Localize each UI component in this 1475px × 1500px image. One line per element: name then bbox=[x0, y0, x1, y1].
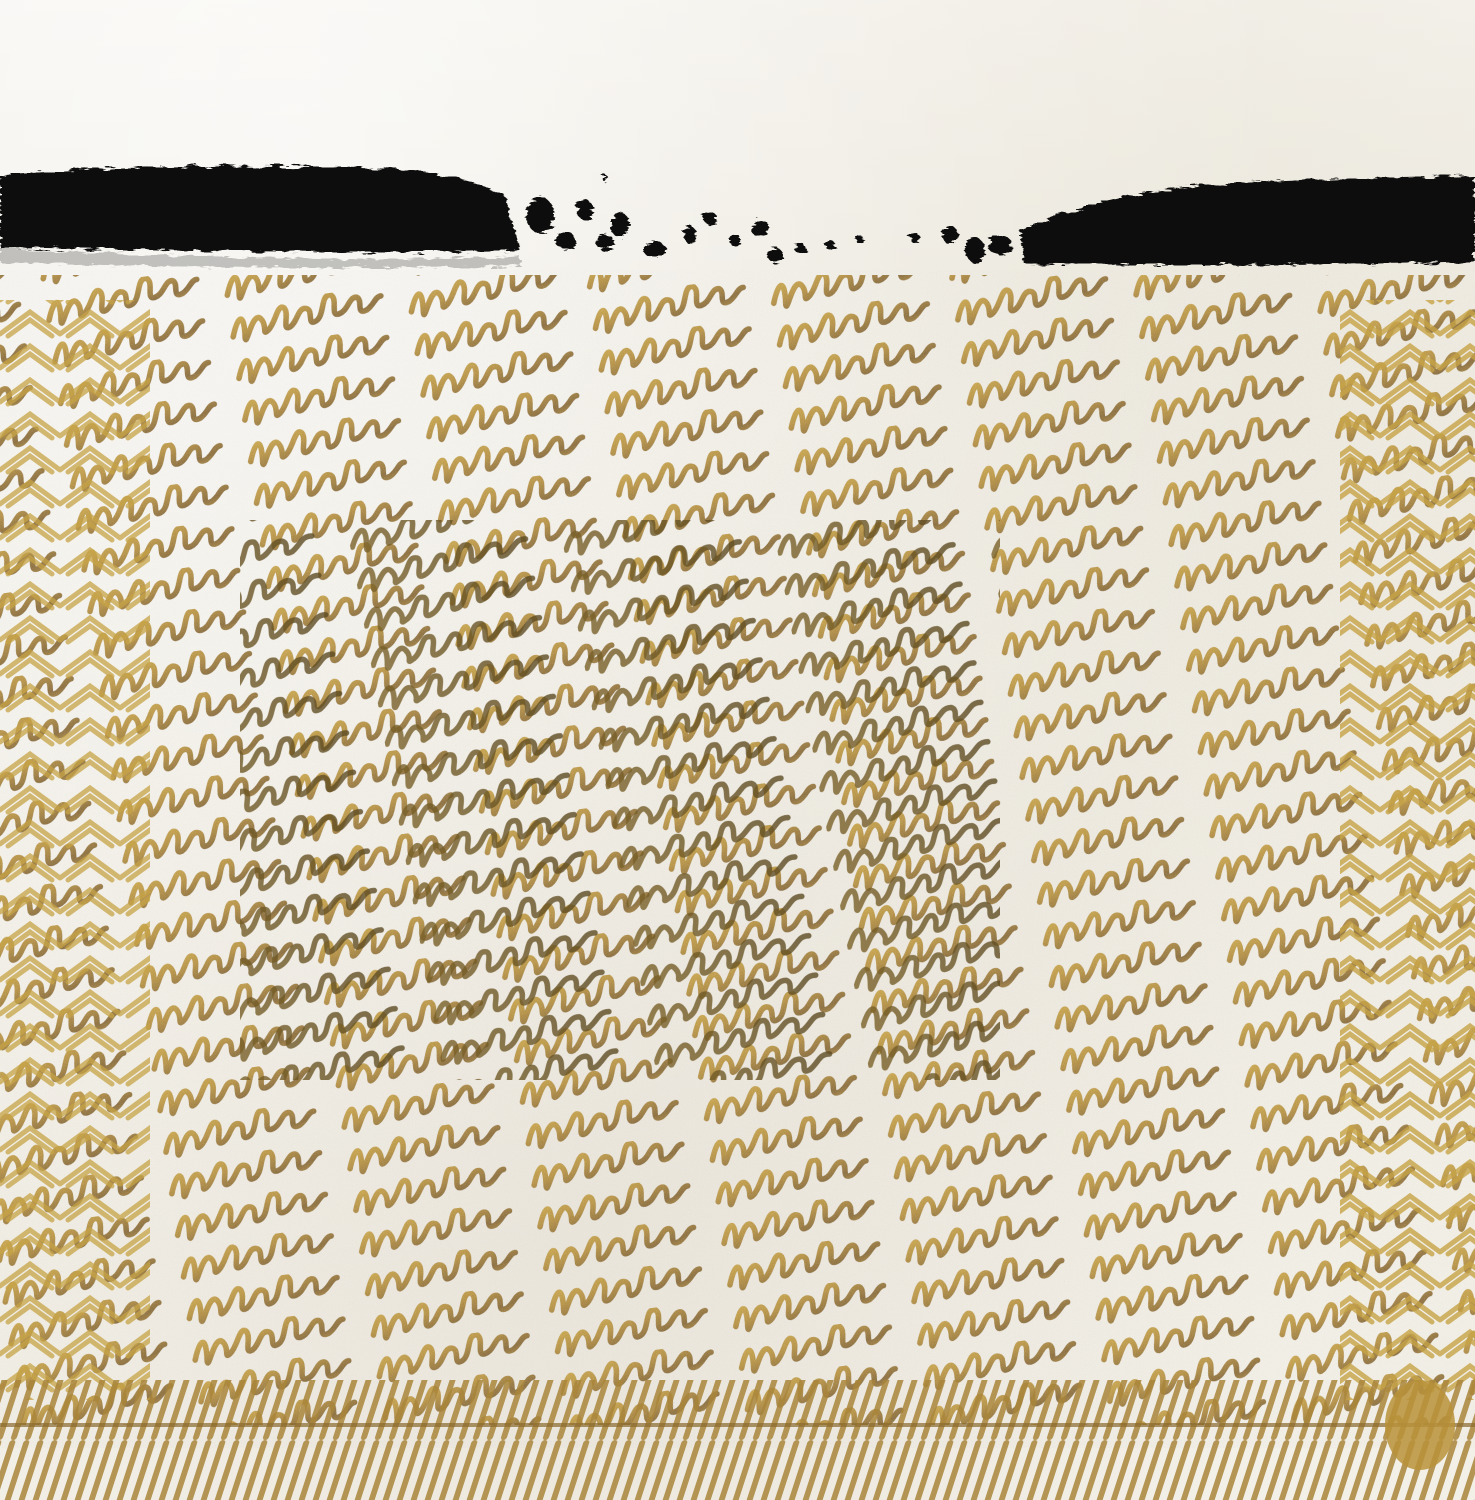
script-layer-dark bbox=[240, 520, 1000, 1080]
ink-right-hill bbox=[1020, 176, 1475, 265]
reflection-band bbox=[0, 1380, 1475, 1500]
mirrored-chevrons-left bbox=[0, 300, 150, 1400]
ink-left-hill bbox=[0, 166, 520, 252]
ink-horizon bbox=[0, 150, 1475, 290]
artwork-canvas: Abstract landscape with gold handwritten… bbox=[0, 0, 1475, 1500]
ink-splatter bbox=[526, 174, 1012, 262]
mirrored-chevrons-right bbox=[1340, 300, 1475, 1400]
diamond-motif bbox=[1385, 1380, 1455, 1470]
gold-script-field bbox=[0, 270, 1475, 1500]
